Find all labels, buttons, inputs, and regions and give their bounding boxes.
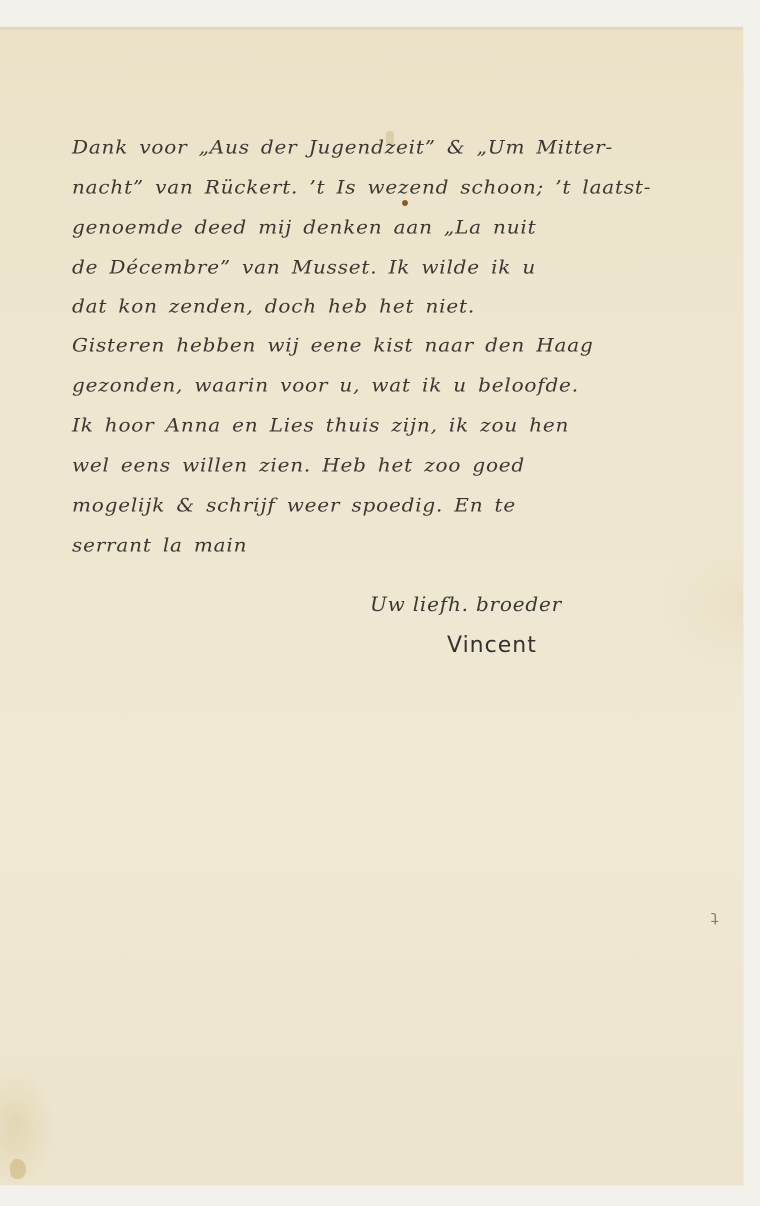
letter-line-7: gezonden, waarin voor u, wat ik u beloof… (72, 367, 732, 404)
letter-line-6: Gisteren hebben wij eene kist naar den H… (72, 327, 732, 364)
letter-page: Dank voor „Aus der Jugendzeit” & „Um Mit… (0, 27, 743, 1185)
letter-body: Dank voor „Aus der Jugendzeit” & „Um Mit… (72, 127, 732, 565)
letter-line-10: mogelijk & schrijf weer spoedig. En te (72, 487, 732, 524)
letter-line-5: dat kon zenden, doch heb het niet. (72, 289, 732, 324)
letter-line-11: serrant la main (72, 527, 732, 564)
letter-line-3: genoemde deed mij denken aan „La nuit (72, 209, 732, 246)
paper-top-edge (0, 27, 743, 30)
letter-closing: Uw liefh. broeder (370, 592, 562, 616)
letter-line-1: Dank voor „Aus der Jugendzeit” & „Um Mit… (72, 129, 732, 166)
letter-signature: Vincent (447, 633, 537, 658)
letter-line-2: nacht” van Rückert. ’t Is wezend schoon;… (72, 169, 732, 206)
margin-mark: ʇ (710, 897, 720, 937)
letter-line-8: Ik hoor Anna en Lies thuis zijn, ik zou … (72, 407, 732, 444)
letter-line-9: wel eens willen zien. Heb het zoo goed (72, 447, 732, 484)
paper-stain (10, 1159, 26, 1179)
letter-line-4: de Décembre” van Musset. Ik wilde ik u (72, 249, 732, 286)
